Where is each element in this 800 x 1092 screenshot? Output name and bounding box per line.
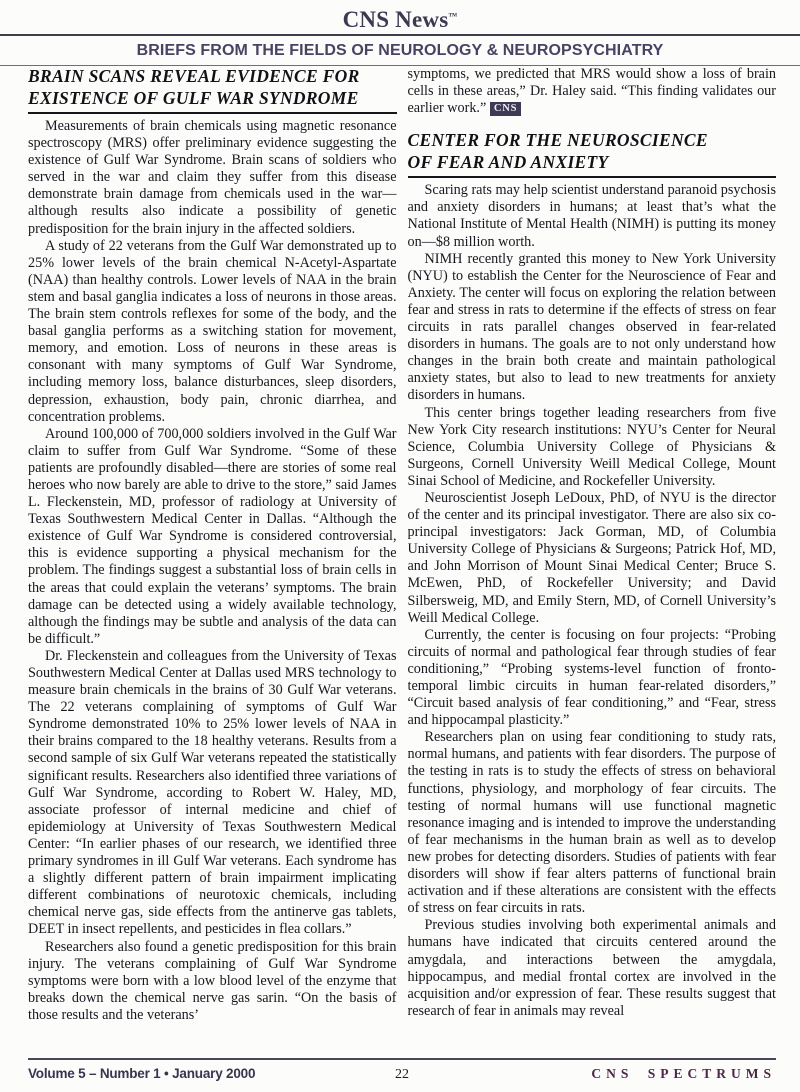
continuation-text: symptoms, we predicted that MRS would sh…: [408, 66, 777, 116]
end-of-article-badge: CNS: [490, 102, 521, 116]
masthead-title: CNS News™: [0, 0, 800, 33]
article-paragraph: Around 100,000 of 700,000 soldiers invol…: [28, 426, 397, 648]
article-paragraph: Neuroscientist Joseph LeDoux, PhD, of NY…: [408, 490, 777, 627]
article-title-line2: EXISTENCE OF GULF WAR SYNDROME: [28, 88, 359, 108]
article-paragraph: Currently, the center is focusing on fou…: [408, 627, 777, 730]
masthead-text: CNS News: [343, 7, 449, 32]
article-columns: BRAIN SCANS REVEAL EVIDENCE FOR EXISTENC…: [28, 66, 776, 1054]
article-paragraph: NIMH recently granted this money to New …: [408, 251, 777, 405]
article-paragraph: This center brings together leading rese…: [408, 405, 777, 490]
article-paragraph: Researchers also found a genetic predisp…: [28, 939, 397, 1024]
article-title-line1: CENTER FOR THE NEUROSCIENCE: [408, 130, 708, 150]
article-title-line1: BRAIN SCANS REVEAL EVIDENCE FOR: [28, 66, 360, 86]
article-paragraph: A study of 22 veterans from the Gulf War…: [28, 238, 397, 426]
right-column: symptoms, we predicted that MRS would sh…: [408, 66, 777, 1054]
left-column: BRAIN SCANS REVEAL EVIDENCE FOR EXISTENC…: [28, 66, 397, 1054]
magazine-page: CNS News™ BRIEFS FROM THE FIELDS OF NEUR…: [0, 0, 800, 1092]
article-paragraph: Measurements of brain chemicals using ma…: [28, 118, 397, 238]
article-paragraph: Scaring rats may help scientist understa…: [408, 182, 777, 250]
journal-name: CNS SPECTRUMS: [409, 1066, 776, 1082]
trademark-symbol: ™: [448, 11, 457, 21]
article-paragraph: Dr. Fleckenstein and colleagues from the…: [28, 648, 397, 939]
article-paragraph: Previous studies involving both experime…: [408, 917, 777, 1020]
section-banner: BRIEFS FROM THE FIELDS OF NEUROLOGY & NE…: [0, 36, 800, 65]
page-footer: Volume 5 – Number 1 • January 2000 22 CN…: [28, 1058, 776, 1083]
article-title-fear-anxiety: CENTER FOR THE NEUROSCIENCE OF FEAR AND …: [408, 130, 777, 178]
article-title-gulf-war: BRAIN SCANS REVEAL EVIDENCE FOR EXISTENC…: [28, 66, 397, 114]
continuation-paragraph: symptoms, we predicted that MRS would sh…: [408, 66, 777, 117]
page-number: 22: [395, 1067, 409, 1083]
volume-issue-date: Volume 5 – Number 1 • January 2000: [28, 1066, 395, 1081]
page-header: CNS News™ BRIEFS FROM THE FIELDS OF NEUR…: [0, 0, 800, 66]
article-title-line2: OF FEAR AND ANXIETY: [408, 152, 609, 172]
article-paragraph: Researchers plan on using fear condition…: [408, 729, 777, 917]
